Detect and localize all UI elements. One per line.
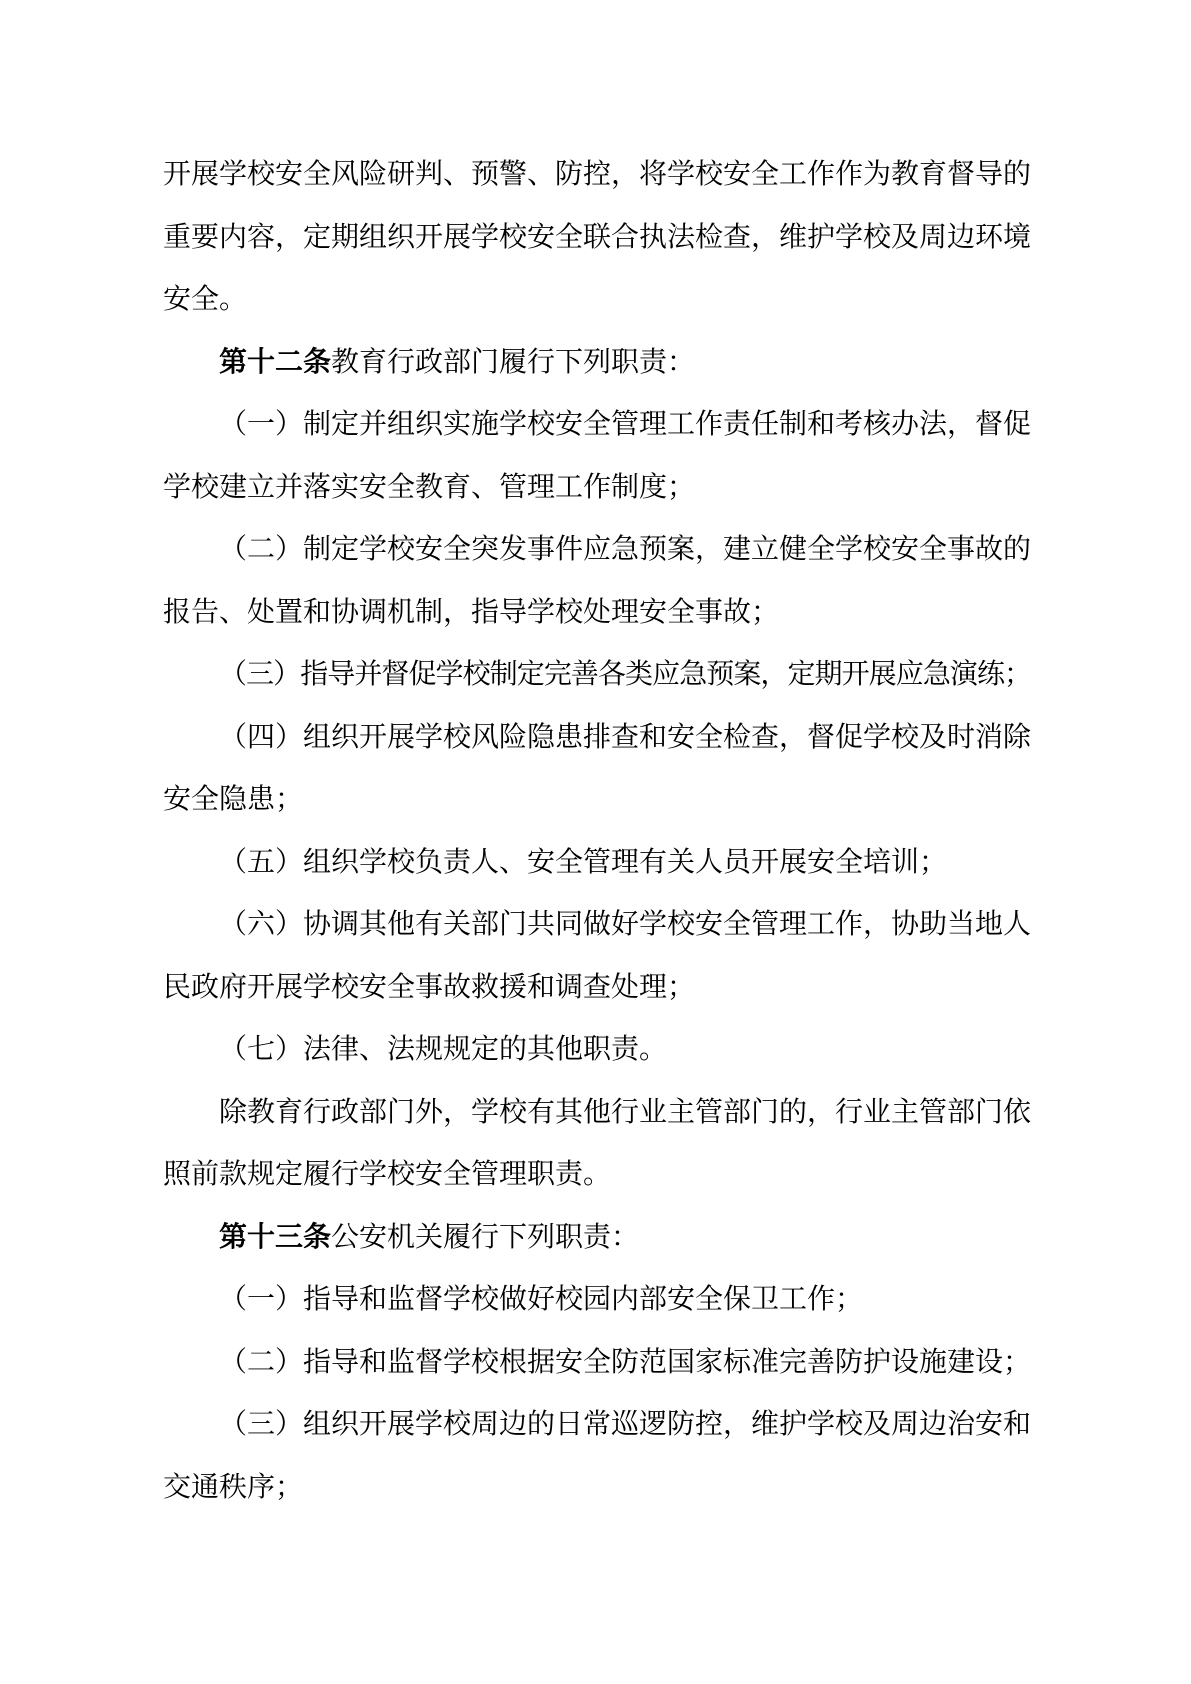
text-line: （六）协调其他有关部门共同做好学校安全管理工作，协助当地人 [163, 893, 1031, 956]
paragraph: （五）组织学校负责人、安全管理有关人员开展安全培训； [163, 831, 1031, 894]
document-page: 开展学校安全风险研判、预警、防控，将学校安全工作作为教育督导的重要内容，定期组织… [0, 0, 1191, 1684]
text-line: 开展学校安全风险研判、预警、防控，将学校安全工作作为教育督导的 [163, 143, 1031, 206]
article-number: 第十三条 [219, 1221, 331, 1252]
paragraph: 第十三条公安机关履行下列职责： [163, 1206, 1031, 1269]
article-number: 第十二条 [219, 346, 331, 377]
text-line: 学校建立并落实安全教育、管理工作制度； [163, 456, 1031, 519]
text-line: （四）组织开展学校风险隐患排查和安全检查，督促学校及时消除 [163, 706, 1031, 769]
text-line: 照前款规定履行学校安全管理职责。 [163, 1143, 1031, 1206]
text-line: 第十三条公安机关履行下列职责： [163, 1206, 1031, 1269]
text-line: 报告、处置和协调机制，指导学校处理安全事故； [163, 581, 1031, 644]
text-line: 安全。 [163, 268, 1031, 331]
paragraph: （二）指导和监督学校根据安全防范国家标准完善防护设施建设； [163, 1331, 1031, 1394]
paragraph: （一）制定并组织实施学校安全管理工作责任制和考核办法，督促学校建立并落实安全教育… [163, 393, 1031, 518]
paragraph: （四）组织开展学校风险隐患排查和安全检查，督促学校及时消除安全隐患； [163, 706, 1031, 831]
paragraph: （三）指导并督促学校制定完善各类应急预案，定期开展应急演练； [163, 643, 1031, 706]
text-line: 民政府开展学校安全事故救援和调查处理； [163, 956, 1031, 1019]
paragraph-text: 公安机关履行下列职责： [331, 1221, 639, 1252]
paragraph: 除教育行政部门外，学校有其他行业主管部门的，行业主管部门依照前款规定履行学校安全… [163, 1081, 1031, 1206]
paragraph: （六）协调其他有关部门共同做好学校安全管理工作，协助当地人民政府开展学校安全事故… [163, 893, 1031, 1018]
text-line: （五）组织学校负责人、安全管理有关人员开展安全培训； [163, 831, 1031, 894]
text-line: （一）制定并组织实施学校安全管理工作责任制和考核办法，督促 [163, 393, 1031, 456]
text-line: （七）法律、法规规定的其他职责。 [163, 1018, 1031, 1081]
text-line: 交通秩序； [163, 1456, 1031, 1519]
paragraph: （一）指导和监督学校做好校园内部安全保卫工作； [163, 1268, 1031, 1331]
paragraph: （二）制定学校安全突发事件应急预案，建立健全学校安全事故的报告、处置和协调机制，… [163, 518, 1031, 643]
text-line: （二）指导和监督学校根据安全防范国家标准完善防护设施建设； [163, 1331, 1031, 1394]
text-line: （三）指导并督促学校制定完善各类应急预案，定期开展应急演练； [163, 643, 1031, 706]
text-line: （一）指导和监督学校做好校园内部安全保卫工作； [163, 1268, 1031, 1331]
text-line: 重要内容，定期组织开展学校安全联合执法检查，维护学校及周边环境 [163, 206, 1031, 269]
text-line: （三）组织开展学校周边的日常巡逻防控，维护学校及周边治安和 [163, 1393, 1031, 1456]
text-line: 除教育行政部门外，学校有其他行业主管部门的，行业主管部门依 [163, 1081, 1031, 1144]
paragraph: 第十二条教育行政部门履行下列职责： [163, 331, 1031, 394]
paragraph: （三）组织开展学校周边的日常巡逻防控，维护学校及周边治安和交通秩序； [163, 1393, 1031, 1518]
paragraph-text: 教育行政部门履行下列职责： [331, 346, 695, 377]
document-content: 开展学校安全风险研判、预警、防控，将学校安全工作作为教育督导的重要内容，定期组织… [163, 143, 1031, 1518]
text-line: （二）制定学校安全突发事件应急预案，建立健全学校安全事故的 [163, 518, 1031, 581]
text-line: 安全隐患； [163, 768, 1031, 831]
text-line: 第十二条教育行政部门履行下列职责： [163, 331, 1031, 394]
paragraph: 开展学校安全风险研判、预警、防控，将学校安全工作作为教育督导的重要内容，定期组织… [163, 143, 1031, 331]
paragraph: （七）法律、法规规定的其他职责。 [163, 1018, 1031, 1081]
